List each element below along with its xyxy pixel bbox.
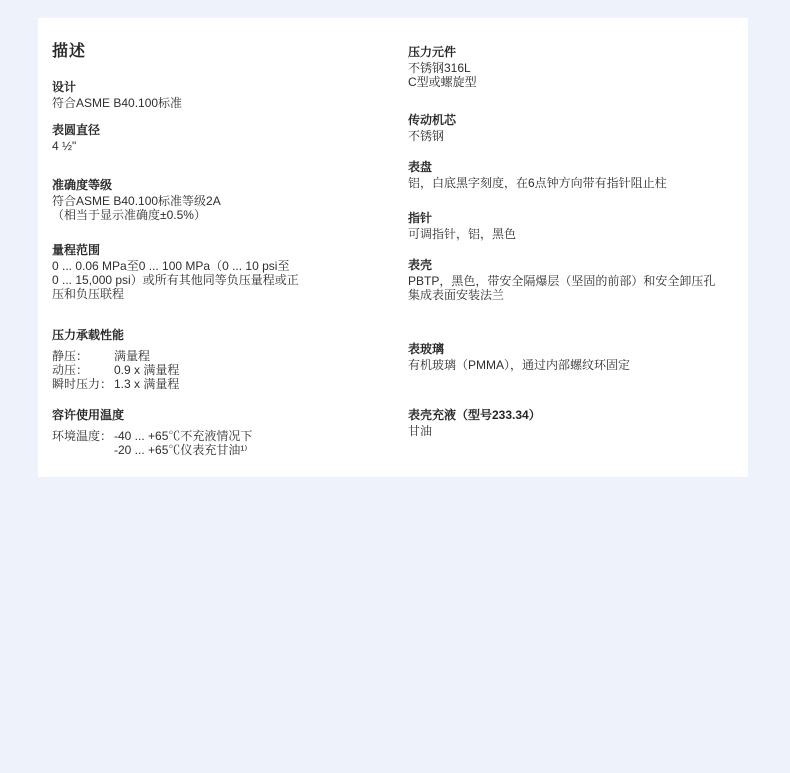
section-temperature: 容许使用温度 环境温度： -40 ... +65℃不充液情况下 -20 ... … xyxy=(52,408,402,457)
section-design-line: 符合ASME B40.100标准 xyxy=(52,96,402,110)
row-label: 静压： xyxy=(52,349,114,363)
section-temperature-heading: 容许使用温度 xyxy=(52,408,402,423)
section-pointer-heading: 指针 xyxy=(408,211,776,226)
section-dial-heading: 表盘 xyxy=(408,160,776,175)
section-scale-ranges-line-3: 压和负压联程 xyxy=(52,287,402,301)
section-pointer-line: 可调指针，铝，黑色 xyxy=(408,227,776,241)
section-movement: 传动机芯 不锈钢 xyxy=(408,113,776,143)
section-design-heading: 设计 xyxy=(52,80,402,95)
datasheet-card: 描述 设计 符合ASME B40.100标准 表圆直径 4 ½" 准确度等级 符… xyxy=(38,18,748,477)
section-case-heading: 表壳 xyxy=(408,258,776,273)
section-pressure-limitation-heading: 压力承载性能 xyxy=(52,328,402,343)
temperature-row-filled: -20 ... +65℃仪表充甘油¹⁾ xyxy=(52,443,402,457)
row-value: 1.3 x 满量程 xyxy=(114,377,402,391)
section-design: 设计 符合ASME B40.100标准 xyxy=(52,80,402,110)
section-scale-ranges-line-2: 0 ... 15,000 psi）或所有其他同等负压量程或正 xyxy=(52,273,402,287)
row-label: 环境温度： xyxy=(52,429,114,443)
row-label: 动压： xyxy=(52,363,114,377)
row-label xyxy=(52,443,114,457)
section-window-line: 有机玻璃（PMMA），通过内部螺纹环固定 xyxy=(408,358,776,372)
section-dial: 表盘 铝，白底黑字刻度，在6点钟方向带有指针阻止柱 xyxy=(408,160,776,190)
section-accuracy-line-2: （相当于显示准确度±0.5%） xyxy=(52,208,402,222)
temperature-rows: 环境温度： -40 ... +65℃不充液情况下 -20 ... +65℃仪表充… xyxy=(52,429,402,457)
section-accuracy-line-1: 符合ASME B40.100标准等级2A xyxy=(52,194,402,208)
section-scale-ranges-heading: 量程范围 xyxy=(52,243,402,258)
row-value: -20 ... +65℃仪表充甘油¹⁾ xyxy=(114,443,402,457)
section-case-line-2: 集成表面安装法兰 xyxy=(408,288,776,302)
section-pressure-element-heading: 压力元件 xyxy=(408,45,776,60)
section-case-filling-heading: 表壳充液（型号233.34） xyxy=(408,408,776,423)
section-dial-size-heading: 表圆直径 xyxy=(52,123,402,138)
section-dial-size: 表圆直径 4 ½" xyxy=(52,123,402,153)
page-title: 描述 xyxy=(52,43,86,61)
row-value: -40 ... +65℃不充液情况下 xyxy=(114,429,402,443)
page-background: { "colors": { "page_background": "#edf2f… xyxy=(0,0,790,773)
temperature-row-unfilled: 环境温度： -40 ... +65℃不充液情况下 xyxy=(52,429,402,443)
pressure-limitation-row-static: 静压： 满量程 xyxy=(52,349,402,363)
row-label: 瞬时压力： xyxy=(52,377,114,391)
section-accuracy-heading: 准确度等级 xyxy=(52,178,402,193)
section-movement-heading: 传动机芯 xyxy=(408,113,776,128)
row-value: 满量程 xyxy=(114,349,402,363)
section-accuracy: 准确度等级 符合ASME B40.100标准等级2A （相当于显示准确度±0.5… xyxy=(52,178,402,222)
pressure-limitation-row-dynamic: 动压： 0.9 x 满量程 xyxy=(52,363,402,377)
pressure-limitation-rows: 静压： 满量程 动压： 0.9 x 满量程 瞬时压力： 1.3 x 满量程 xyxy=(52,349,402,391)
section-pressure-element-line-2: C型或螺旋型 xyxy=(408,75,776,89)
pressure-limitation-row-momentary: 瞬时压力： 1.3 x 满量程 xyxy=(52,377,402,391)
section-case: 表壳 PBTP，黑色，带安全隔爆层（坚固的前部）和安全卸压孔 集成表面安装法兰 xyxy=(408,258,776,302)
section-pressure-element: 压力元件 不锈钢316L C型或螺旋型 xyxy=(408,45,776,89)
section-scale-ranges: 量程范围 0 ... 0.06 MPa至0 ... 100 MPa（0 ... … xyxy=(52,243,402,301)
section-case-filling: 表壳充液（型号233.34） 甘油 xyxy=(408,408,776,438)
section-dial-size-line: 4 ½" xyxy=(52,139,402,153)
section-pressure-element-line-1: 不锈钢316L xyxy=(408,61,776,75)
section-window-heading: 表玻璃 xyxy=(408,342,776,357)
section-movement-line: 不锈钢 xyxy=(408,129,776,143)
section-case-line-1: PBTP，黑色，带安全隔爆层（坚固的前部）和安全卸压孔 xyxy=(408,274,776,288)
section-dial-line: 铝，白底黑字刻度，在6点钟方向带有指针阻止柱 xyxy=(408,176,776,190)
section-case-filling-line: 甘油 xyxy=(408,424,776,438)
section-window: 表玻璃 有机玻璃（PMMA），通过内部螺纹环固定 xyxy=(408,342,776,372)
section-pointer: 指针 可调指针，铝，黑色 xyxy=(408,211,776,241)
section-scale-ranges-line-1: 0 ... 0.06 MPa至0 ... 100 MPa（0 ... 10 ps… xyxy=(52,259,402,273)
row-value: 0.9 x 满量程 xyxy=(114,363,402,377)
section-pressure-limitation: 压力承载性能 静压： 满量程 动压： 0.9 x 满量程 瞬时压力： 1.3 x… xyxy=(52,328,402,391)
